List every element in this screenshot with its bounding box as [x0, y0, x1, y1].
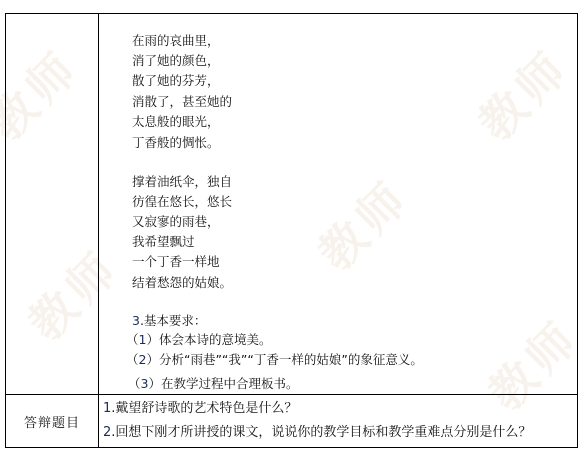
requirement-item: （2）分析“雨巷”“我”“丁香一样的姑娘”的象征意义。: [126, 352, 423, 368]
requirement-item: （3）在教学过程中合理板书。: [128, 376, 299, 392]
heading-number: 3: [132, 313, 140, 328]
requirement-item: （1）体会本诗的意境美。: [126, 332, 272, 348]
poem-line: 结着愁怨的姑娘。: [132, 275, 232, 291]
poem-line: 消了她的颜色，: [132, 53, 220, 69]
column-divider: [98, 14, 99, 447]
question-text: .回想下刚才所讲授的课文，说说你的教学目标和教学重难点分别是什么？: [111, 425, 531, 440]
heading-text: .基本要求：: [140, 313, 206, 328]
question-text: .戴望舒诗歌的艺术特色是什么？: [111, 401, 297, 416]
poem-line: 丁香般的惆怅。: [132, 135, 220, 151]
paren-open: （: [128, 376, 141, 391]
question-item: 1.戴望舒诗歌的艺术特色是什么？: [103, 401, 297, 417]
poem-line: 在雨的哀曲里，: [132, 33, 220, 49]
document-table: 在雨的哀曲里， 消了她的颜色， 散了她的芬芳， 消散了，甚至她的 太息般的眼光，…: [5, 13, 578, 448]
paren-close: ）: [148, 376, 161, 391]
poem-line: 散了她的芬芳，: [132, 73, 220, 89]
item-text: 在教学过程中合理板书。: [161, 376, 299, 391]
poem-line: 消散了，甚至她的: [132, 94, 232, 110]
item-text: 体会本诗的意境美。: [159, 332, 272, 347]
item-text: 分析“雨巷”“我”“丁香一样的姑娘”的象征意义。: [159, 352, 423, 367]
poem-line: 撑着油纸伞，独自: [132, 174, 232, 190]
poem-line: 太息般的眼光，: [132, 114, 220, 130]
paren-open: （: [126, 352, 139, 367]
paren-close: ）: [146, 352, 159, 367]
paren-open: （: [126, 332, 139, 347]
poem-line: 彷徨在悠长，悠长: [132, 194, 232, 210]
poem-line: 又寂寥的雨巷，: [132, 214, 220, 230]
requirements-heading: 3.基本要求：: [132, 313, 206, 329]
defense-questions-label: 答辩题目: [6, 395, 98, 447]
poem-line: 一个丁香一样地: [132, 254, 220, 270]
question-item: 2.回想下刚才所讲授的课文，说说你的教学目标和教学重难点分别是什么？: [103, 425, 531, 441]
poem-line: 我希望飘过: [132, 234, 195, 250]
paren-close: ）: [146, 332, 159, 347]
